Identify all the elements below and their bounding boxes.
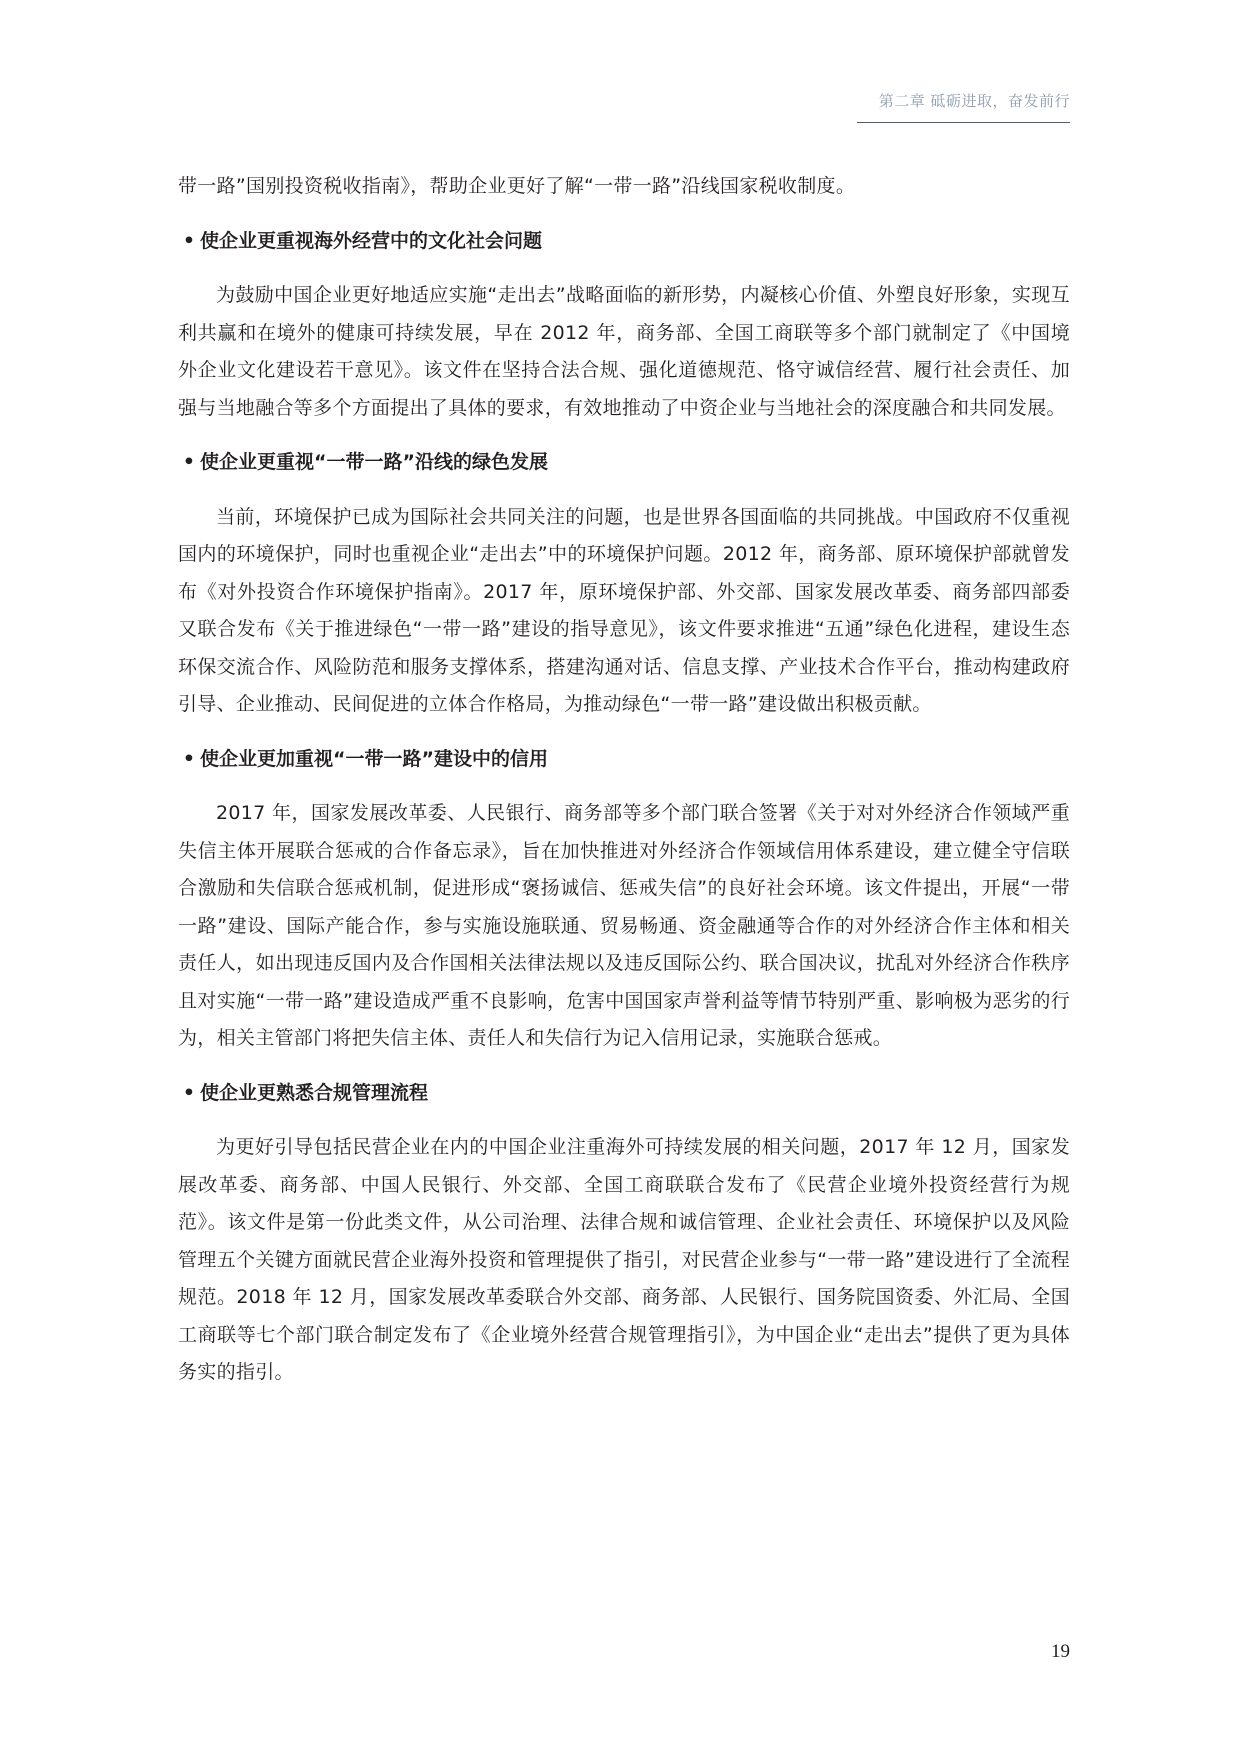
paragraph-compliance: 为更好引导包括民营企业在内的中国企业注重海外可持续发展的相关问题，2017 年 …	[178, 1129, 1070, 1392]
page-body: 带一路”国别投资税收指南》，帮助企业更好了解“一带一路”沿线国家税收制度。 •使…	[178, 168, 1070, 1392]
section-heading-text: 使企业更重视“一带一路”沿线的绿色发展	[200, 451, 548, 473]
page-number: 19	[1040, 1641, 1070, 1663]
section-heading-credit: •使企业更加重视“一带一路”建设中的信用	[178, 741, 1070, 779]
section-heading-culture: •使企业更重视海外经营中的文化社会问题	[178, 223, 1070, 261]
paragraph-green-development: 当前，环境保护已成为国际社会共同关注的问题，也是世界各国面临的共同挑战。中国政府…	[178, 499, 1070, 724]
bullet-icon: •	[178, 444, 200, 482]
section-heading-text: 使企业更重视海外经营中的文化社会问题	[200, 230, 542, 252]
bullet-icon: •	[178, 1075, 200, 1113]
section-heading-text: 使企业更加重视“一带一路”建设中的信用	[200, 748, 548, 770]
continuation-paragraph: 带一路”国别投资税收指南》，帮助企业更好了解“一带一路”沿线国家税收制度。	[178, 168, 1070, 206]
section-heading-compliance: •使企业更熟悉合规管理流程	[178, 1075, 1070, 1113]
paragraph-culture: 为鼓励中国企业更好地适应实施“走出去”战略面临的新形势，内凝核心价值、外塑良好形…	[178, 277, 1070, 427]
paragraph-credit: 2017 年，国家发展改革委、人民银行、商务部等多个部门联合签署《关于对对外经济…	[178, 795, 1070, 1058]
bullet-icon: •	[178, 741, 200, 779]
bullet-icon: •	[178, 223, 200, 261]
header-rule-divider	[857, 122, 1070, 123]
section-heading-text: 使企业更熟悉合规管理流程	[200, 1082, 428, 1104]
running-head-chapter-title: 第二章 砥砺进取，奋发前行	[857, 90, 1070, 111]
section-heading-green-development: •使企业更重视“一带一路”沿线的绿色发展	[178, 444, 1070, 482]
